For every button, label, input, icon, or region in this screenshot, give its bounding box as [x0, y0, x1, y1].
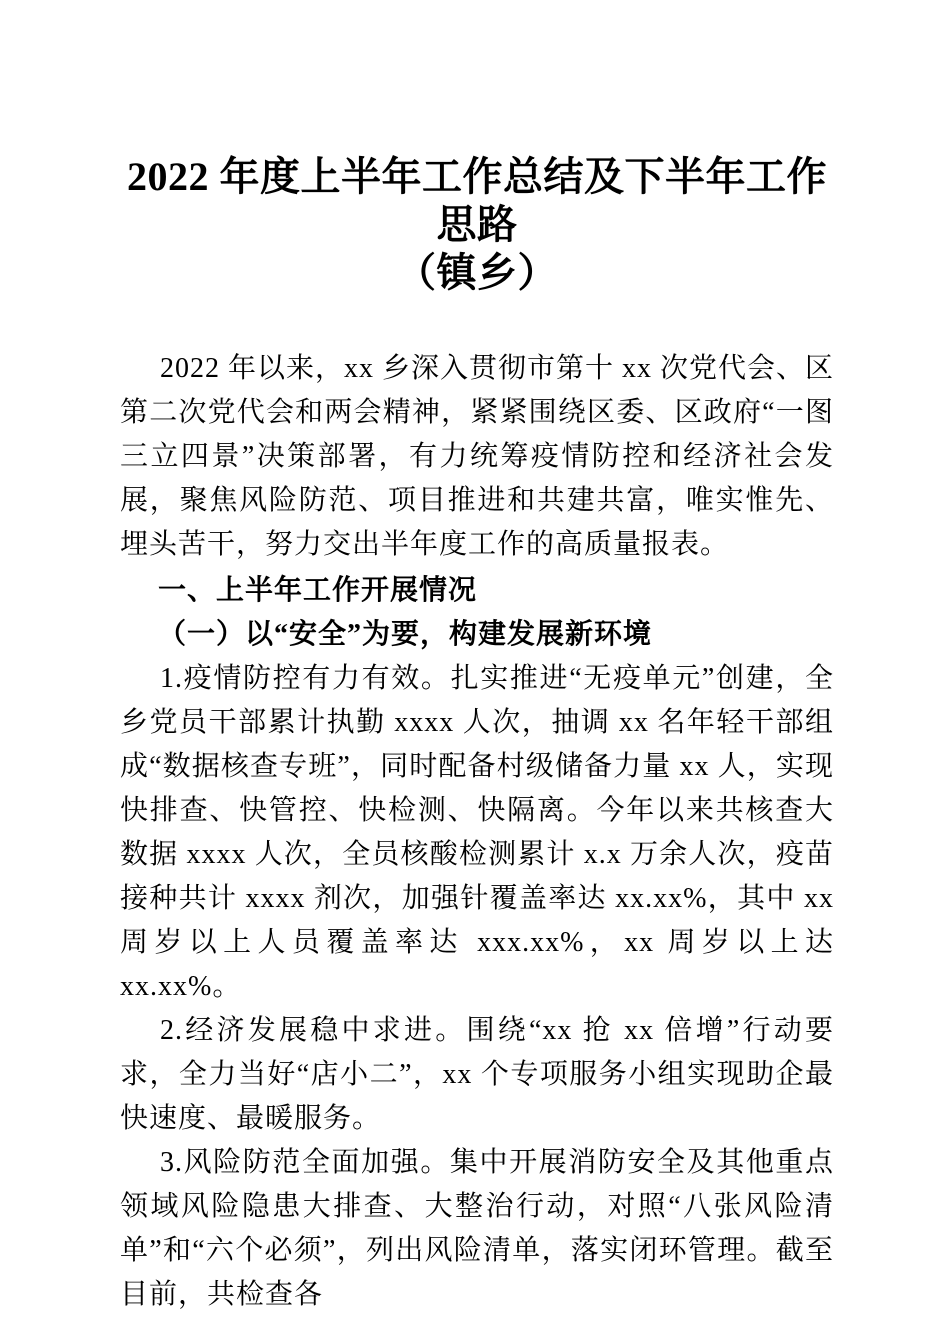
- paragraph-item-3: 3.风险防范全面加强。集中开展消防安全及其他重点领域风险隐患大排查、大整治行动，…: [120, 1141, 834, 1317]
- subsection-heading-1-1: （一）以“安全”为要，构建发展新环境: [120, 612, 834, 657]
- document-title-line2: （镇乡）: [120, 249, 834, 297]
- document-title-line1: 2022 年度上半年工作总结及下半年工作思路: [120, 153, 834, 249]
- document-title: 2022 年度上半年工作总结及下半年工作思路 （镇乡）: [120, 153, 834, 297]
- paragraph-item-1: 1.疫情防控有力有效。扎实推进“无疫单元”创建，全乡党员干部累计执勤 xxxx …: [120, 657, 834, 1009]
- document-page: 2022 年度上半年工作总结及下半年工作思路 （镇乡） 2022 年以来，xx …: [0, 0, 950, 1344]
- section-heading-1: 一、上半年工作开展情况: [120, 567, 834, 612]
- paragraph-item-2: 2.经济发展稳中求进。围绕“xx 抢 xx 倍增”行动要求，全力当好“店小二”，…: [120, 1009, 834, 1141]
- intro-paragraph: 2022 年以来，xx 乡深入贯彻市第十 xx 次党代会、区第二次党代会和两会精…: [120, 347, 834, 567]
